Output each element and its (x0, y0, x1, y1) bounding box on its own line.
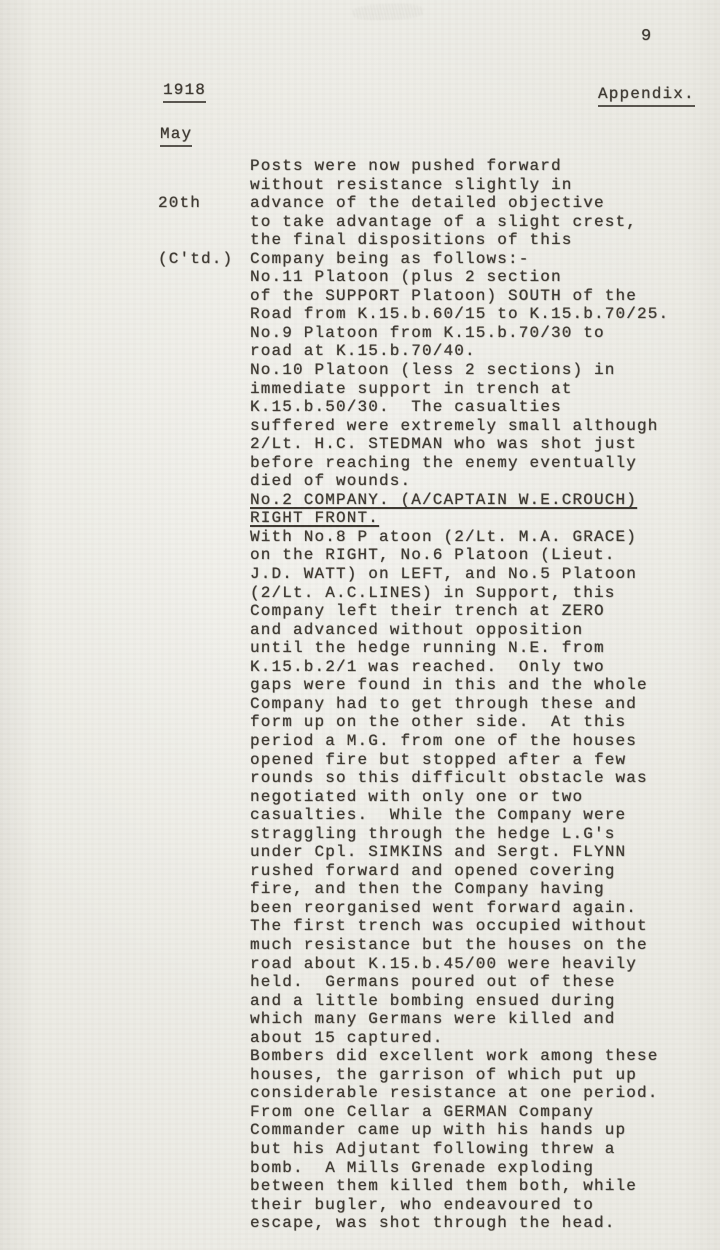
body-line: on the RIGHT, No.6 Platoon (Lieut. (250, 546, 710, 565)
body-line: the final dispositions of this (250, 231, 710, 250)
margin-date-column: 20th (C'td.) (158, 157, 233, 305)
body-line: Posts were now pushed forward (250, 157, 710, 176)
body-line: under Cpl. SIMKINS and Sergt. FLYNN (250, 843, 710, 862)
body-line: The first trench was occupied without (250, 917, 710, 936)
body-line: K.15.b.2/1 was reached. Only two (250, 658, 710, 677)
body-line: Company had to get through these and (250, 695, 710, 714)
body-line: road at K.15.b.70/40. (250, 342, 710, 361)
page-number: 9 (641, 27, 652, 46)
year-heading: 1918 (163, 81, 206, 103)
body-line: their bugler, who endeavoured to (250, 1196, 710, 1215)
body-line: casualties. While the Company were (250, 806, 710, 825)
body-line: about 15 captured. (250, 1029, 710, 1048)
body-line: No.2 COMPANY. (A/CAPTAIN W.E.CROUCH) (250, 491, 710, 510)
body-line: until the hedge running N.E. from (250, 639, 710, 658)
month-heading: May (160, 125, 192, 147)
body-line: With No.8 P atoon (2/Lt. M.A. GRACE) (250, 528, 710, 547)
body-line: road about K.15.b.45/00 were heavily (250, 955, 710, 974)
body-line: No.9 Platoon from K.15.b.70/30 to (250, 324, 710, 343)
body-line: considerable resistance at one period. (250, 1084, 710, 1103)
body-line: bomb. A Mills Grenade exploding (250, 1159, 710, 1178)
body-line: J.D. WATT) on LEFT, and No.5 Platoon (250, 565, 710, 584)
body-line: Road from K.15.b.60/15 to K.15.b.70/25. (250, 305, 710, 324)
document-page: 9 1918 Appendix. May 20th (C'td.) Posts … (0, 0, 720, 1250)
diary-body: Posts were now pushed forwardwithout res… (250, 157, 710, 1233)
body-line: gaps were found in this and the whole (250, 676, 710, 695)
body-line: form up on the other side. At this (250, 713, 710, 732)
body-line: rounds so this difficult obstacle was (250, 769, 710, 788)
body-line: RIGHT FRONT. (250, 509, 710, 528)
body-line: of the SUPPORT Platoon) SOUTH of the (250, 287, 710, 306)
body-line: died of wounds. (250, 472, 710, 491)
body-line: (2/Lt. A.C.LINES) in Support, this (250, 584, 710, 603)
body-line: Company left their trench at ZERO (250, 602, 710, 621)
body-line: negotiated with only one or two (250, 788, 710, 807)
body-line: and advanced without opposition (250, 621, 710, 640)
body-line: without resistance slightly in (250, 176, 710, 195)
body-line: much resistance but the houses on the (250, 936, 710, 955)
body-line: held. Germans poured out of these (250, 973, 710, 992)
body-line: but his Adjutant following threw a (250, 1140, 710, 1159)
body-line: houses, the garrison of which put up (250, 1066, 710, 1085)
body-line: opened fire but stopped after a few (250, 751, 710, 770)
body-line: Bombers did excellent work among these (250, 1047, 710, 1066)
body-line: Company being as follows:- (250, 250, 710, 269)
body-line: been reorganised went forward again. (250, 899, 710, 918)
body-line: Commander came up with his hands up (250, 1121, 710, 1140)
body-line: immediate support in trench at (250, 380, 710, 399)
body-line: suffered were extremely small although (250, 417, 710, 436)
body-line: before reaching the enemy eventually (250, 454, 710, 473)
pencil-smudge (352, 3, 425, 22)
body-line: to take advantage of a slight crest, (250, 213, 710, 232)
body-line: straggling through the hedge L.G's (250, 825, 710, 844)
body-line: advance of the detailed objective (250, 194, 710, 213)
margin-date-continued: (C'td.) (158, 250, 233, 269)
body-line: which many Germans were killed and (250, 1010, 710, 1029)
body-line: fire, and then the Company having (250, 880, 710, 899)
body-line: period a M.G. from one of the houses (250, 732, 710, 751)
body-line: between them killed them both, while (250, 1177, 710, 1196)
body-line: rushed forward and opened covering (250, 862, 710, 881)
body-line: escape, was shot through the head. (250, 1214, 710, 1233)
appendix-heading: Appendix. (598, 85, 695, 107)
body-line: and a little bombing ensued during (250, 992, 710, 1011)
body-line: No.11 Platoon (plus 2 section (250, 268, 710, 287)
body-line: From one Cellar a GERMAN Company (250, 1103, 710, 1122)
body-line: K.15.b.50/30. The casualties (250, 398, 710, 417)
margin-date: 20th (158, 194, 233, 213)
body-line: 2/Lt. H.C. STEDMAN who was shot just (250, 435, 710, 454)
body-line: No.10 Platoon (less 2 sections) in (250, 361, 710, 380)
